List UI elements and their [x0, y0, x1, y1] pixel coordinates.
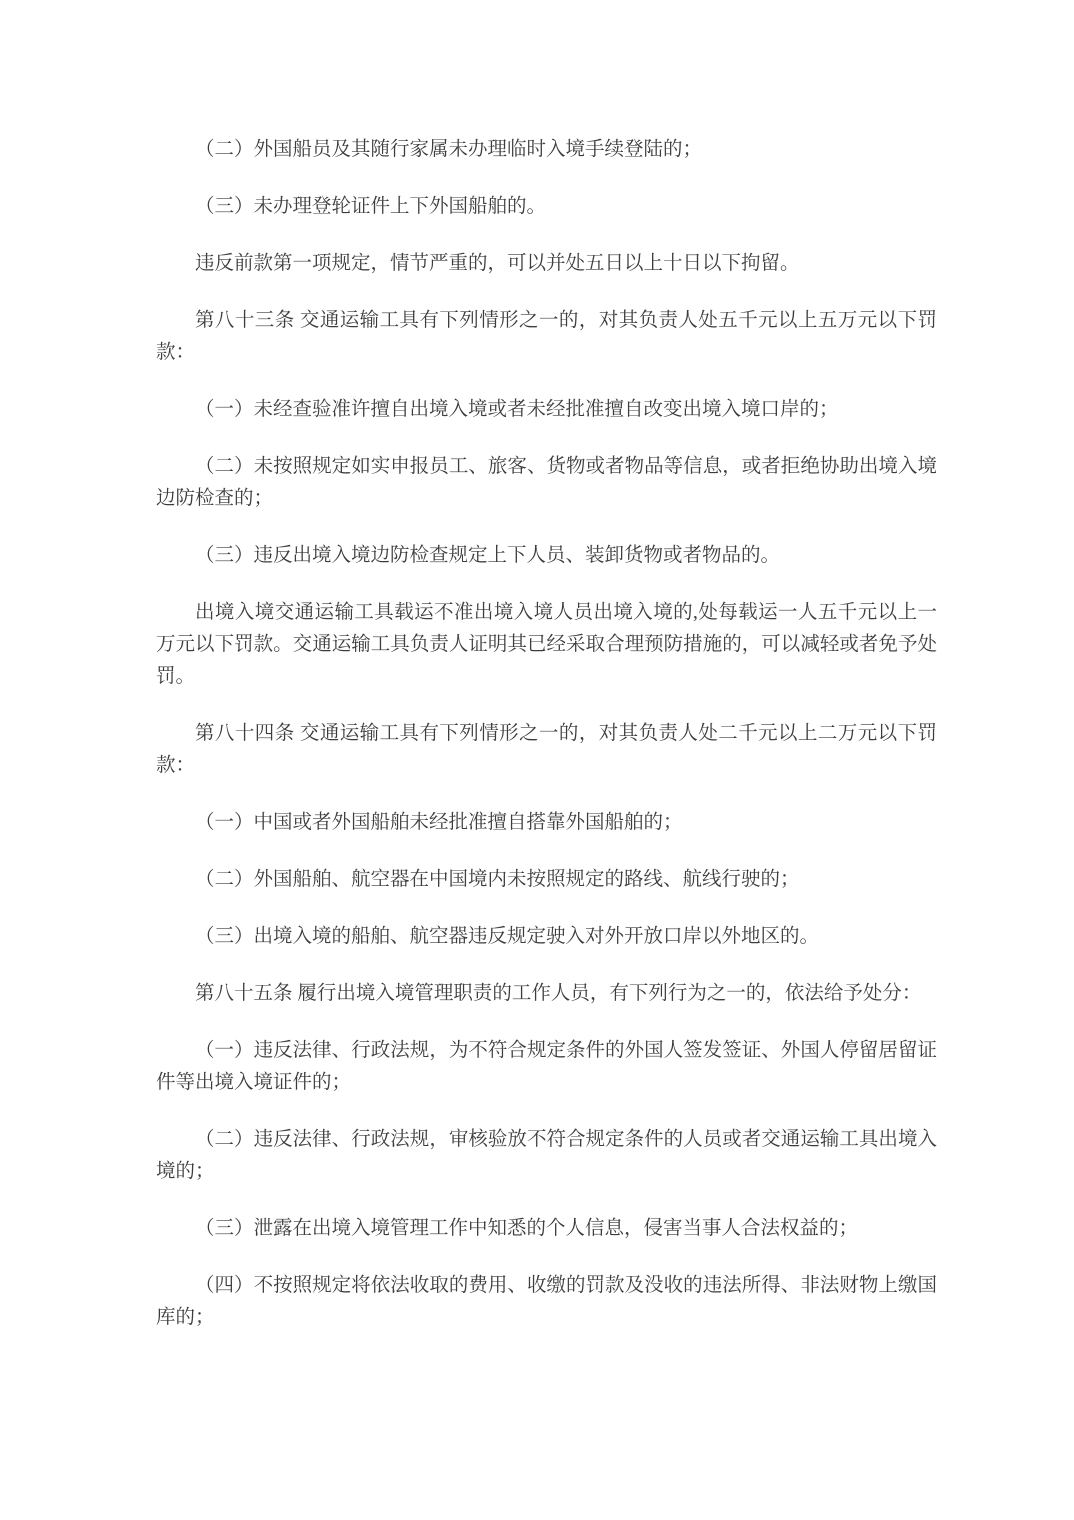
- article-85-item-1: （一）违反法律、行政法规，为不符合规定条件的外国人签发签证、外国人停留居留证件等…: [156, 1035, 937, 1099]
- article-84-item-1: （一）中国或者外国船舶未经批准擅自搭靠外国船舶的；: [156, 807, 937, 839]
- clause-item-2-prev-article: （二）外国船员及其随行家属未办理临时入境手续登陆的；: [156, 134, 937, 166]
- clause-item-3-prev-article: （三）未办理登轮证件上下外国船舶的。: [156, 191, 937, 223]
- article-84-item-3: （三）出境入境的船舶、航空器违反规定驶入对外开放口岸以外地区的。: [156, 921, 937, 953]
- article-84-heading-paragraph: 第八十四条 交通运输工具有下列情形之一的，对其负责人处二千元以上二万元以下罚款：: [156, 718, 937, 782]
- article-85-item-2: （二）违反法律、行政法规，审核验放不符合规定条件的人员或者交通运输工具出境入境的…: [156, 1124, 937, 1188]
- penalty-note-paragraph: 违反前款第一项规定，情节严重的，可以并处五日以上十日以下拘留。: [156, 248, 937, 280]
- article-84-item-2: （二）外国船舶、航空器在中国境内未按照规定的路线、航线行驶的；: [156, 864, 937, 896]
- article-83-item-3: （三）违反出境入境边防检查规定上下人员、装卸货物或者物品的。: [156, 540, 937, 572]
- article-85-item-4: （四）不按照规定将依法收取的费用、收缴的罚款及没收的违法所得、非法财物上缴国库的…: [156, 1270, 937, 1334]
- article-83-heading-paragraph: 第八十三条 交通运输工具有下列情形之一的，对其负责人处五千元以上五万元以下罚款：: [156, 305, 937, 369]
- article-85-item-3: （三）泄露在出境入境管理工作中知悉的个人信息，侵害当事人合法权益的；: [156, 1213, 937, 1245]
- document-page: （二）外国船员及其随行家属未办理临时入境手续登陆的； （三）未办理登轮证件上下外…: [0, 0, 1074, 1520]
- article-83-supplement-paragraph: 出境入境交通运输工具载运不准出境入境人员出境入境的,处每载运一人五千元以上一万元…: [156, 597, 937, 693]
- law-text-body: （二）外国船员及其随行家属未办理临时入境手续登陆的； （三）未办理登轮证件上下外…: [156, 134, 937, 1334]
- article-83-item-2: （二）未按照规定如实申报员工、旅客、货物或者物品等信息，或者拒绝协助出境入境边防…: [156, 451, 937, 515]
- article-83-item-1: （一）未经查验准许擅自出境入境或者未经批准擅自改变出境入境口岸的；: [156, 394, 937, 426]
- article-85-heading-paragraph: 第八十五条 履行出境入境管理职责的工作人员，有下列行为之一的，依法给予处分：: [156, 978, 937, 1010]
